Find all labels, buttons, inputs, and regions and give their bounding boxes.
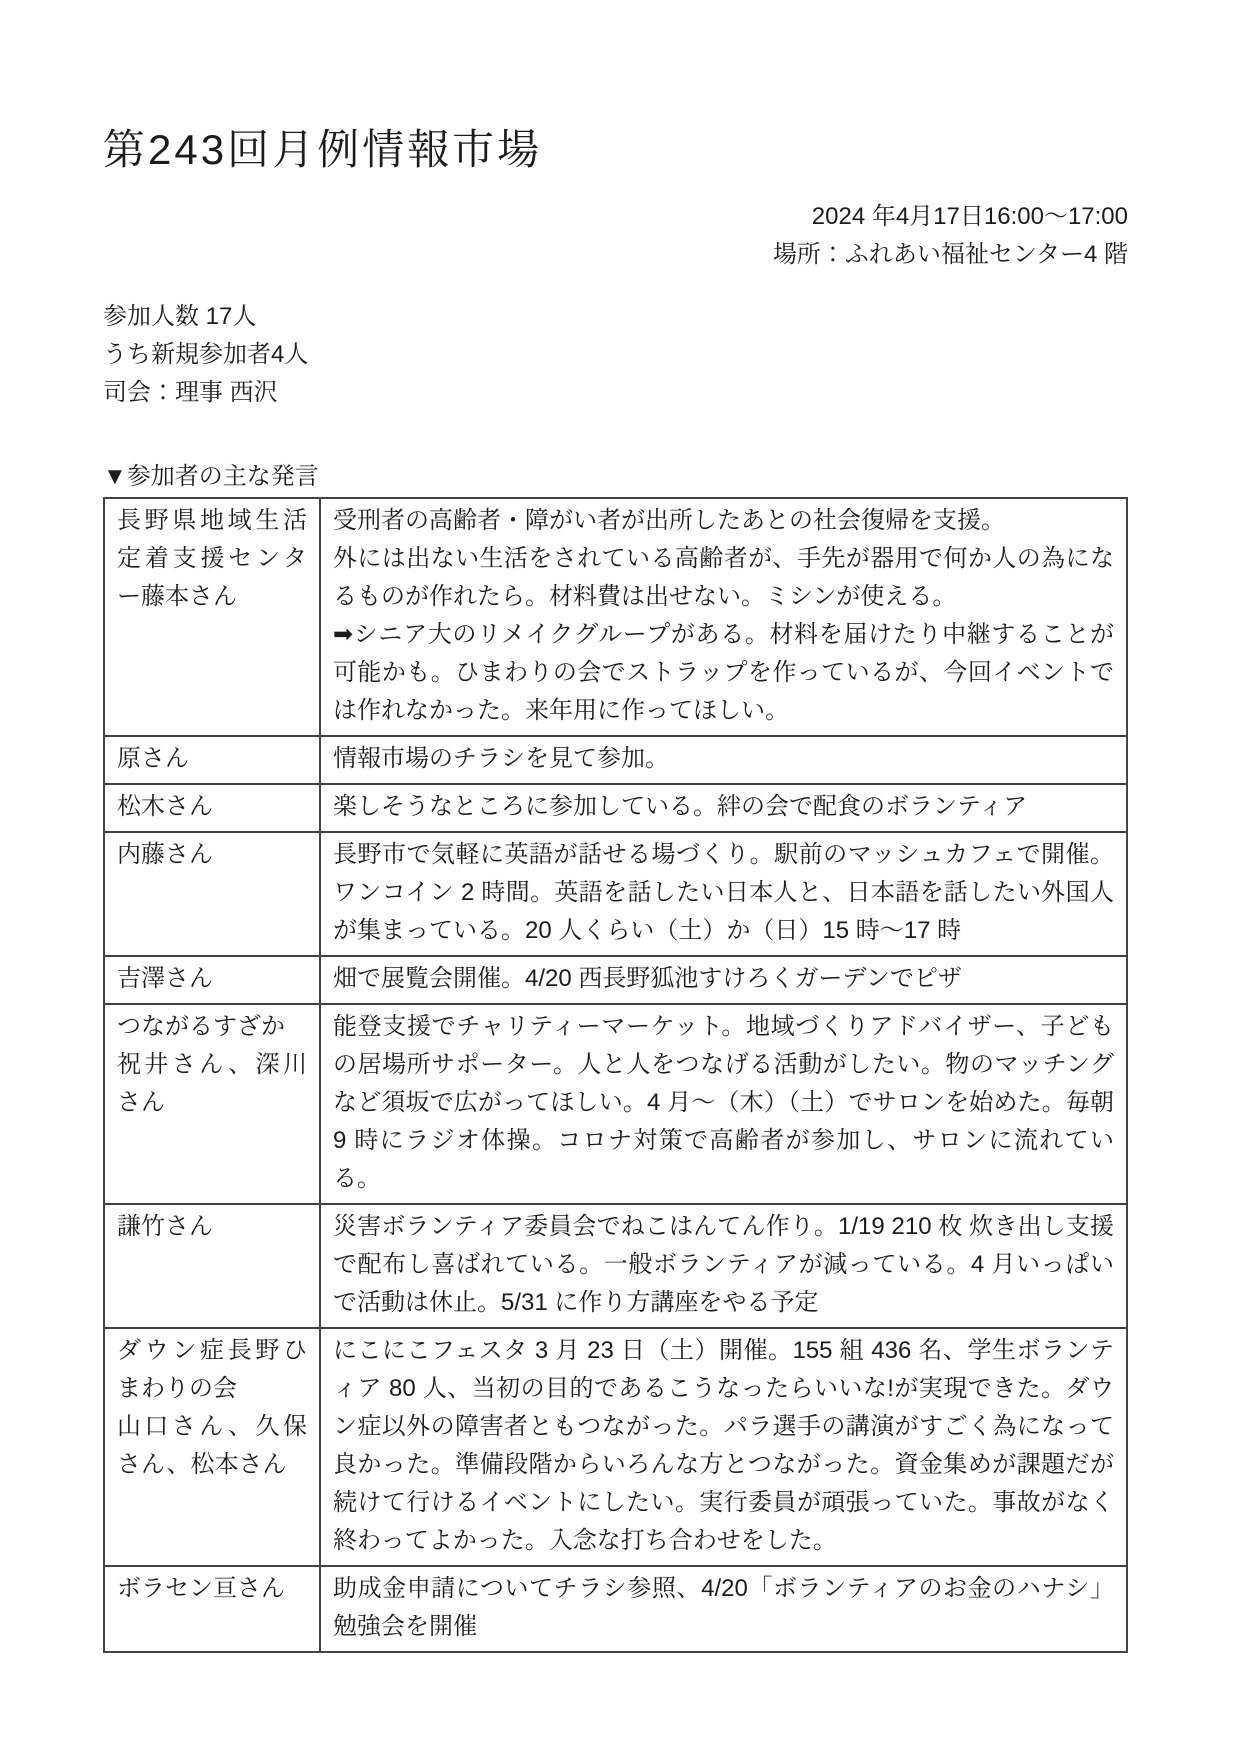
table-row: ダウン症長野ひまわりの会山口さん、久保さん、松本さんにこにこフェスタ 3 月 2…	[104, 1328, 1127, 1566]
speaker-name: つながるすざか	[117, 1008, 307, 1046]
speaker-cell: 長野県地域生活定着支援センター藤本さん	[104, 498, 320, 736]
statement-paragraph: 畑で展覧会開催。4/20 西長野狐池すけろくガーデンでピザ	[333, 960, 1114, 998]
table-row: つながるすざか祝井さん、深川さん能登支援でチャリティーマーケット。地域づくりアド…	[104, 1004, 1127, 1204]
speaker-name: ダウン症長野ひまわりの会	[117, 1332, 307, 1408]
meta-block: 2024 年4月17日16:00～17:00 場所：ふれあい福祉センター4 階	[103, 198, 1128, 274]
statement-cell: にこにこフェスタ 3 月 23 日（土）開催。155 組 436 名、学生ボラン…	[320, 1328, 1127, 1566]
document-page: 第243回月例情報市場 2024 年4月17日16:00～17:00 場所：ふれ…	[0, 0, 1241, 1755]
statement-cell: 助成金申請についてチラシ参照、4/20「ボランティアのお金のハナシ」勉強会を開催	[320, 1566, 1127, 1652]
statements-table-body: 長野県地域生活定着支援センター藤本さん受刑者の高齢者・障がい者が出所したあとの社…	[104, 498, 1127, 1652]
section-heading: ▼参加者の主な発言	[103, 462, 1128, 492]
statement-cell: 災害ボランティア委員会でねこはんてん作り。1/19 210 枚 炊き出し支援で配…	[320, 1204, 1127, 1328]
speaker-cell: 内藤さん	[104, 832, 320, 956]
statement-cell: 長野市で気軽に英語が話せる場づくり。駅前のマッシュカフェで開催。ワンコイン 2 …	[320, 832, 1127, 956]
statement-paragraph: 長野市で気軽に英語が話せる場づくり。駅前のマッシュカフェで開催。ワンコイン 2 …	[333, 836, 1114, 950]
info-block: 参加人数 17人 うち新規参加者4人 司会：理事 西沢	[103, 298, 1128, 412]
statement-paragraph: 外には出ない生活をされている高齢者が、手先が器用で何か人の為になるものが作れたら…	[333, 540, 1114, 616]
speaker-name: 祝井さん、深川さん	[117, 1046, 307, 1122]
info-moderator: 司会：理事 西沢	[103, 374, 1128, 412]
statement-paragraph: 受刑者の高齢者・障がい者が出所したあとの社会復帰を支援。	[333, 502, 1114, 540]
statement-paragraph: にこにこフェスタ 3 月 23 日（土）開催。155 組 436 名、学生ボラン…	[333, 1332, 1114, 1560]
statements-table: 長野県地域生活定着支援センター藤本さん受刑者の高齢者・障がい者が出所したあとの社…	[103, 497, 1128, 1653]
table-row: 吉澤さん畑で展覧会開催。4/20 西長野狐池すけろくガーデンでピザ	[104, 956, 1127, 1004]
speaker-name: ボラセン亘さん	[117, 1570, 307, 1608]
speaker-name: 山口さん、久保さん、松本さん	[117, 1408, 307, 1484]
speaker-cell: 松木さん	[104, 784, 320, 832]
table-row: 内藤さん長野市で気軽に英語が話せる場づくり。駅前のマッシュカフェで開催。ワンコイ…	[104, 832, 1127, 956]
statement-paragraph: 情報市場のチラシを見て参加。	[333, 740, 1114, 778]
statement-cell: 受刑者の高齢者・障がい者が出所したあとの社会復帰を支援。外には出ない生活をされて…	[320, 498, 1127, 736]
speaker-cell: 吉澤さん	[104, 956, 320, 1004]
speaker-name: 吉澤さん	[117, 960, 307, 998]
statement-cell: 情報市場のチラシを見て参加。	[320, 736, 1127, 784]
statement-paragraph: ➡シニア大のリメイクグループがある。材料を届けたり中継することが可能かも。ひまわ…	[333, 616, 1114, 730]
speaker-cell: ボラセン亘さん	[104, 1566, 320, 1652]
speaker-name: 長野県地域生活定着支援センター藤本さん	[117, 502, 307, 616]
page-title: 第243回月例情報市場	[103, 126, 1128, 174]
speaker-cell: 原さん	[104, 736, 320, 784]
statement-cell: 能登支援でチャリティーマーケット。地域づくりアドバイザー、子どもの居場所サポータ…	[320, 1004, 1127, 1204]
meta-datetime: 2024 年4月17日16:00～17:00	[103, 198, 1128, 236]
statement-cell: 楽しそうなところに参加している。絆の会で配食のボランティア	[320, 784, 1127, 832]
table-row: 長野県地域生活定着支援センター藤本さん受刑者の高齢者・障がい者が出所したあとの社…	[104, 498, 1127, 736]
info-attendance: 参加人数 17人	[103, 298, 1128, 336]
speaker-name: 松木さん	[117, 788, 307, 826]
table-row: 松木さん楽しそうなところに参加している。絆の会で配食のボランティア	[104, 784, 1127, 832]
statement-paragraph: 助成金申請についてチラシ参照、4/20「ボランティアのお金のハナシ」勉強会を開催	[333, 1570, 1114, 1646]
statement-paragraph: 災害ボランティア委員会でねこはんてん作り。1/19 210 枚 炊き出し支援で配…	[333, 1208, 1114, 1322]
statement-paragraph: 能登支援でチャリティーマーケット。地域づくりアドバイザー、子どもの居場所サポータ…	[333, 1008, 1114, 1198]
speaker-name: 内藤さん	[117, 836, 307, 874]
meta-location: 場所：ふれあい福祉センター4 階	[103, 236, 1128, 274]
speaker-cell: つながるすざか祝井さん、深川さん	[104, 1004, 320, 1204]
table-row: ボラセン亘さん助成金申請についてチラシ参照、4/20「ボランティアのお金のハナシ…	[104, 1566, 1127, 1652]
table-row: 謙竹さん災害ボランティア委員会でねこはんてん作り。1/19 210 枚 炊き出し…	[104, 1204, 1127, 1328]
statement-cell: 畑で展覧会開催。4/20 西長野狐池すけろくガーデンでピザ	[320, 956, 1127, 1004]
speaker-name: 原さん	[117, 740, 307, 778]
table-row: 原さん情報市場のチラシを見て参加。	[104, 736, 1127, 784]
info-new-participants: うち新規参加者4人	[103, 336, 1128, 374]
speaker-cell: ダウン症長野ひまわりの会山口さん、久保さん、松本さん	[104, 1328, 320, 1566]
statement-paragraph: 楽しそうなところに参加している。絆の会で配食のボランティア	[333, 788, 1114, 826]
speaker-name: 謙竹さん	[117, 1208, 307, 1246]
speaker-cell: 謙竹さん	[104, 1204, 320, 1328]
